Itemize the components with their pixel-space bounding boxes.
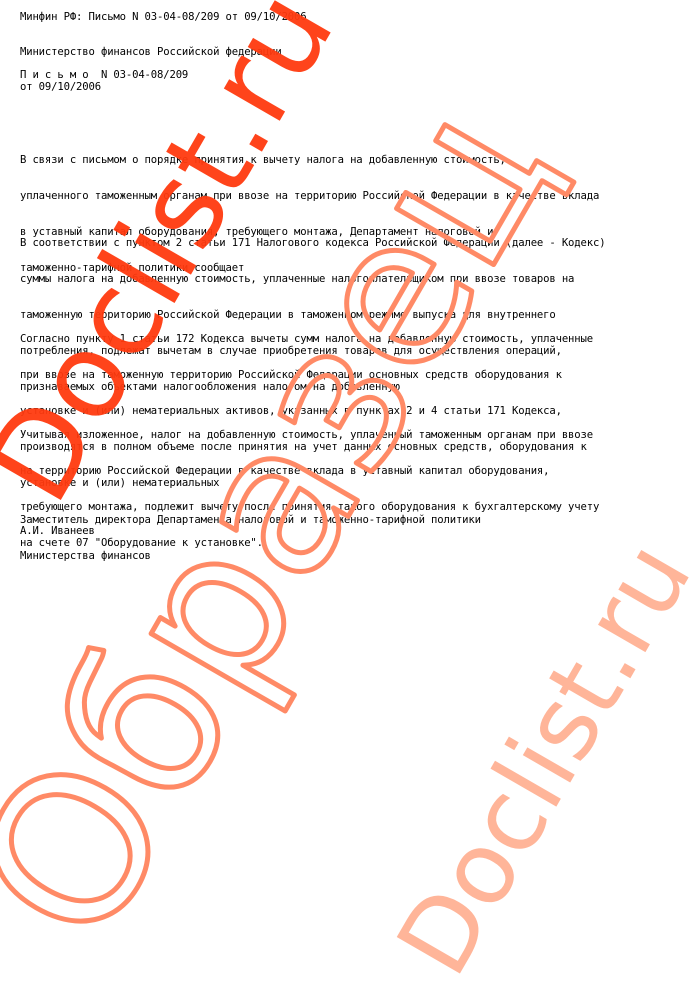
document-header-line: Минфин РФ: Письмо N 03-04-08/209 от 09/1… bbox=[20, 11, 307, 23]
letter-number-line: П и с ь м о N 03-04-08/209 bbox=[20, 69, 188, 81]
paragraph-line: В связи с письмом о порядке принятия к в… bbox=[20, 154, 599, 166]
issuer-line: Министерство финансов Российской федерац… bbox=[20, 46, 282, 58]
paragraph-line: на территорию Российской Федерации в кач… bbox=[20, 465, 599, 477]
document-page: Минфин РФ: Письмо N 03-04-08/209 от 09/1… bbox=[0, 0, 700, 1000]
signatory-name: А.И. Иванеев bbox=[20, 525, 95, 537]
paragraph-line: В соответствии с пунктом 2 статьи 171 На… bbox=[20, 237, 605, 249]
document-body: Минфин РФ: Письмо N 03-04-08/209 от 09/1… bbox=[20, 0, 700, 240]
paragraph-line: Учитывая изложенное, налог на добавленну… bbox=[20, 429, 599, 441]
paragraph-line: при ввозе на таможенную территорию Росси… bbox=[20, 369, 593, 381]
watermark-doclist-bottom-right: Doclist.ru bbox=[374, 523, 700, 994]
paragraph-line: Согласно пункту 1 статьи 172 Кодекса выч… bbox=[20, 333, 593, 345]
letter-date-line: от 09/10/2006 bbox=[20, 81, 101, 93]
signature-block: Заместитель директора Департамента налог… bbox=[20, 490, 481, 586]
signatory-position-line-2: Министерства финансов bbox=[20, 550, 481, 562]
paragraph-line: уплаченного таможенным органам при ввозе… bbox=[20, 190, 599, 202]
paragraph-line: суммы налога на добавленную стоимость, у… bbox=[20, 273, 605, 285]
